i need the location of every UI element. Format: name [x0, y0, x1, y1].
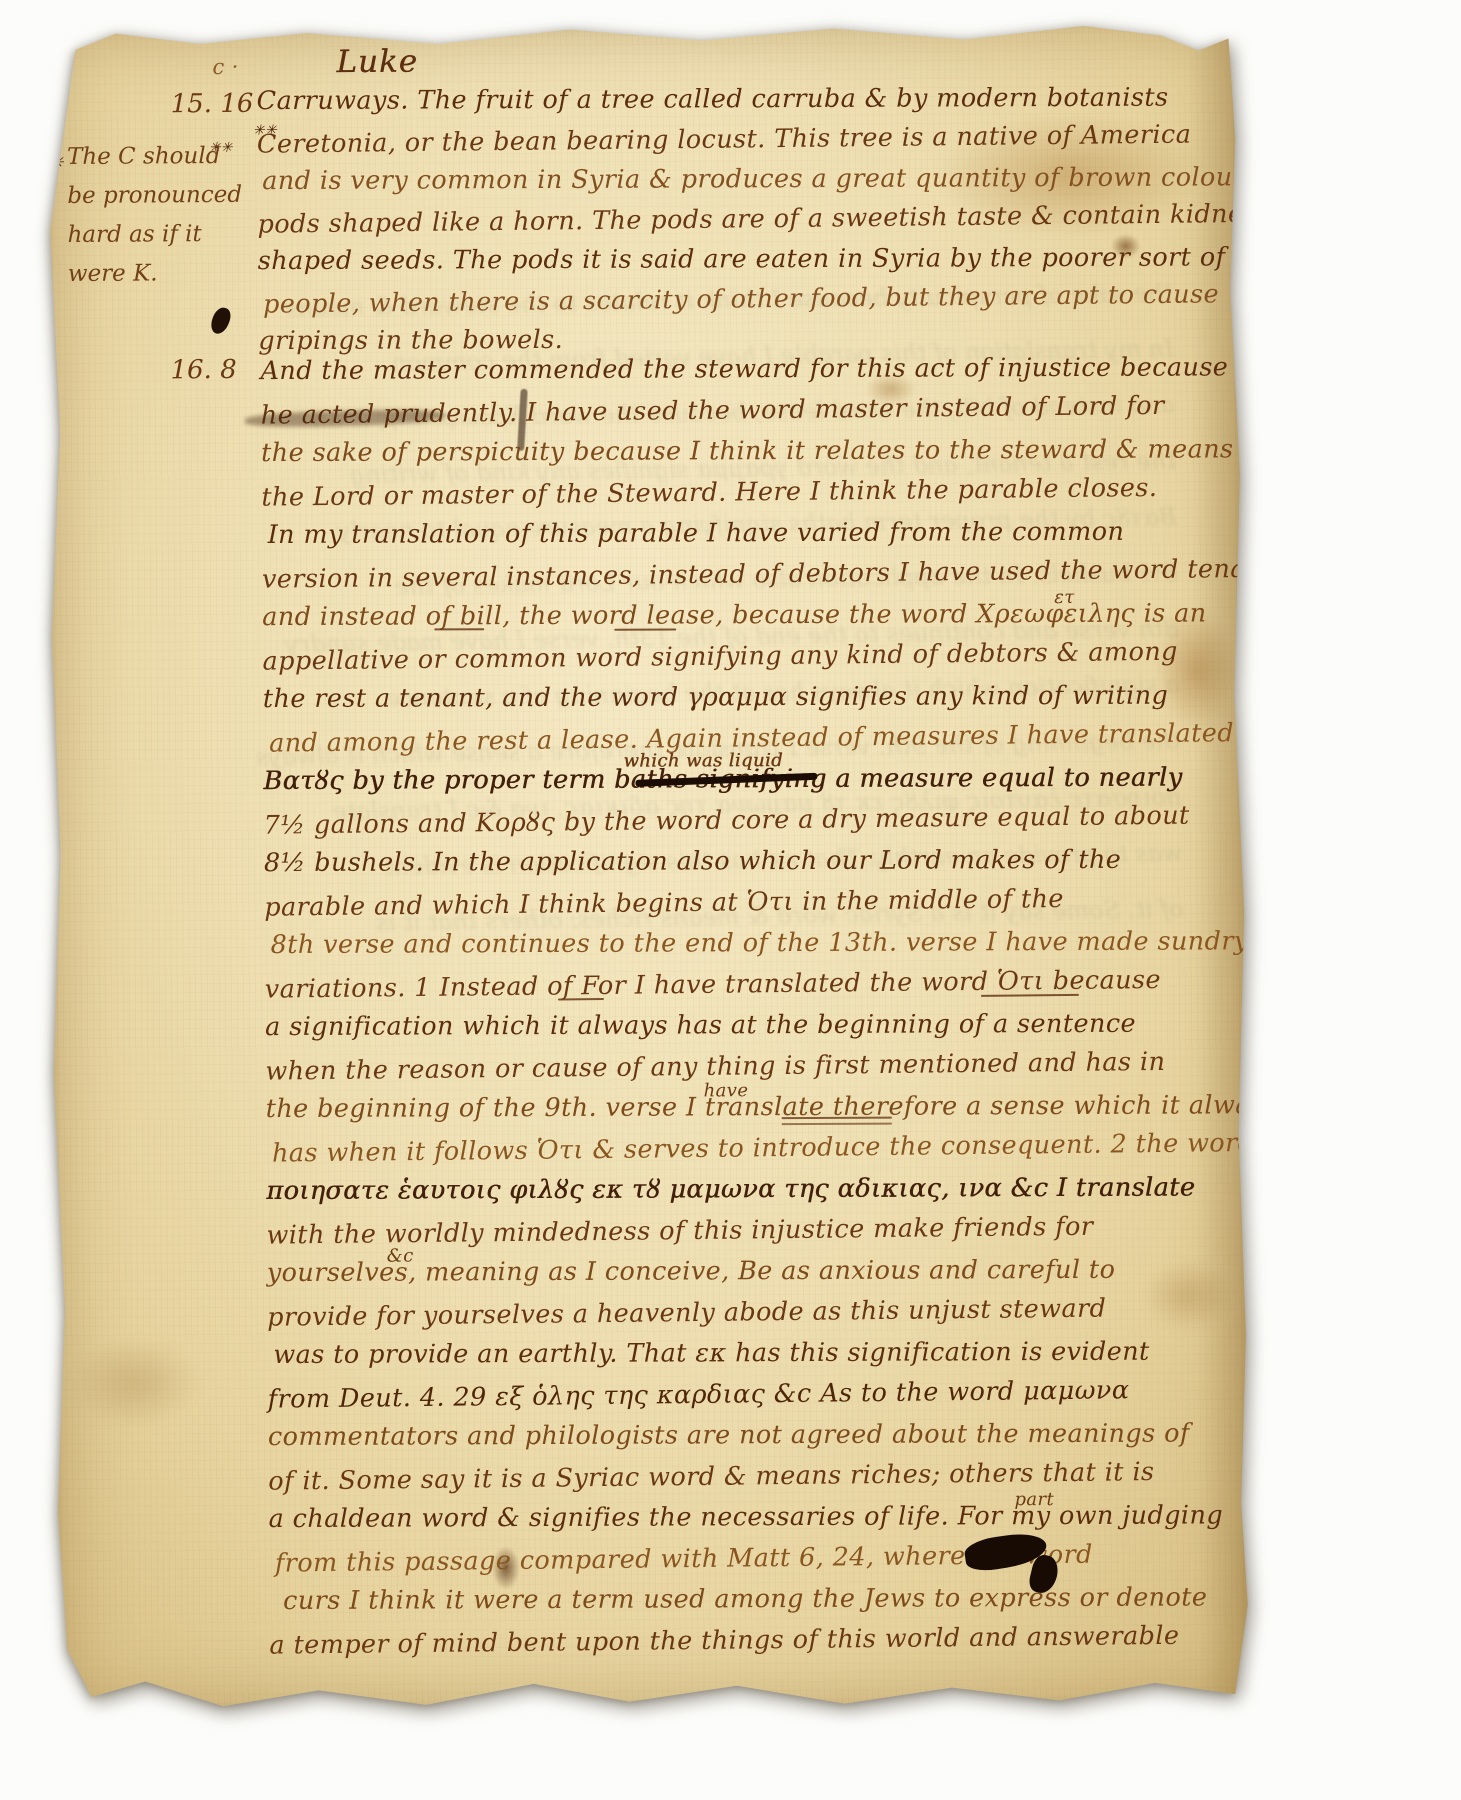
verse-reference-15-16: 15. 16 — [171, 89, 254, 120]
margin-note-line: were K. — [68, 260, 158, 287]
margin-note-line: The C should — [67, 143, 221, 170]
manuscript-paper: the sake of perspicuity because I think … — [44, 20, 1251, 1714]
manuscript-line: the rest a tenant, and the word γραμμα s… — [263, 681, 1169, 714]
manuscript-line: 8½ bushels. In the application also whic… — [264, 845, 1121, 878]
manuscript-line: And the master commended the steward for… — [260, 352, 1228, 386]
interlinear-insertion: &c — [387, 1235, 414, 1276]
manuscript-line: the sake of perspicuity because I think … — [261, 434, 1233, 468]
double-underline-mark — [782, 1117, 892, 1125]
page-title: Luke — [336, 44, 418, 81]
interlinear-insertion: part — [1014, 1479, 1054, 1520]
scanned-manuscript: the sake of perspicuity because I think … — [0, 0, 1461, 1800]
manuscript-line: people, when there is a scarcity of othe… — [263, 279, 1219, 319]
manuscript-line: pods shaped like a horn. The pods are of… — [257, 199, 1258, 240]
manuscript-line: a signification which it always has at t… — [265, 1009, 1136, 1042]
manuscript-line: version in several instances, instead of… — [262, 554, 1287, 595]
interlinear-insertion: have — [704, 1070, 749, 1111]
manuscript-line: 7½ gallons and Κορȣς by the word core a … — [264, 801, 1190, 841]
reference-mark-icon: ✳ — [49, 144, 64, 183]
ink-blot — [209, 305, 233, 336]
manuscript-line: In my translation of this parable I have… — [268, 517, 1125, 550]
manuscript-line: 8th verse and continues to the end of th… — [270, 926, 1248, 960]
reference-mark-icon: ✳✳ — [253, 110, 278, 150]
manuscript-line: parable and which I think begins at Ὁτι … — [264, 884, 1064, 923]
margin-note-pronunciation: ✳ ✳✳ The C should be pronounced hard as … — [67, 137, 268, 294]
underline-mark — [614, 628, 676, 630]
stain — [69, 1337, 200, 1428]
manuscript-line: was to provide an earthly. That εκ has t… — [273, 1337, 1149, 1370]
manuscript-line: curs I think it were a term used among t… — [283, 1582, 1207, 1616]
manuscript-line: the Lord or master of the Steward. Here … — [261, 473, 1157, 513]
paragraph-carruways: Carruways. The fruit of a tree called ca… — [257, 76, 1279, 363]
manuscript-line: has when it follows Ὁτι & serves to intr… — [272, 1128, 1268, 1169]
interlinear-insertion: ετ — [1054, 577, 1075, 618]
interlinear-insertion: which was liquid — [623, 740, 783, 782]
manuscript-line: commentators and philologists are not ag… — [268, 1419, 1190, 1453]
verse-reference-16-8: 16. 8 — [170, 355, 236, 385]
header-pen-marks: c · — [212, 55, 238, 79]
manuscript-line: appellative or common word signifying an… — [262, 637, 1178, 677]
underline-mark — [434, 628, 484, 630]
manuscript-line: a chaldean word & signifies the necessar… — [268, 1500, 1223, 1534]
manuscript-line: Carruways. The fruit of a tree called ca… — [257, 83, 1169, 117]
margin-note-line: be pronounced — [67, 182, 242, 209]
manuscript-line: a temper of mind bent upon the things of… — [269, 1621, 1179, 1661]
manuscript-line: and is very common in Syria & produces a… — [262, 162, 1277, 196]
manuscript-line: the beginning of the 9th. verse I transl… — [266, 1090, 1280, 1124]
underline-mark — [981, 994, 1079, 997]
paper-shadow: the sake of perspicuity because I think … — [50, 24, 1245, 1710]
paragraph-steward-commentary: And the master commended the steward for… — [260, 346, 1294, 1665]
manuscript-line: variations. 1 Instead of For I have tran… — [265, 965, 1161, 1005]
manuscript-line: ποιησατε ἑαυτοις φιλȣς εκ τȣ μαμωνα της … — [266, 1172, 1195, 1206]
manuscript-line: Ceretonia, or the bean bearing locust. T… — [257, 120, 1192, 160]
manuscript-line: shaped seeds. The pods it is said are ea… — [258, 242, 1226, 276]
margin-note-line: hard as if it — [67, 221, 201, 248]
manuscript-line: provide for yourselves a heavenly abode … — [267, 1294, 1107, 1333]
manuscript-line: from Deut. 4. 29 εξ ὁλης της καρδιας &c … — [268, 1375, 1130, 1414]
